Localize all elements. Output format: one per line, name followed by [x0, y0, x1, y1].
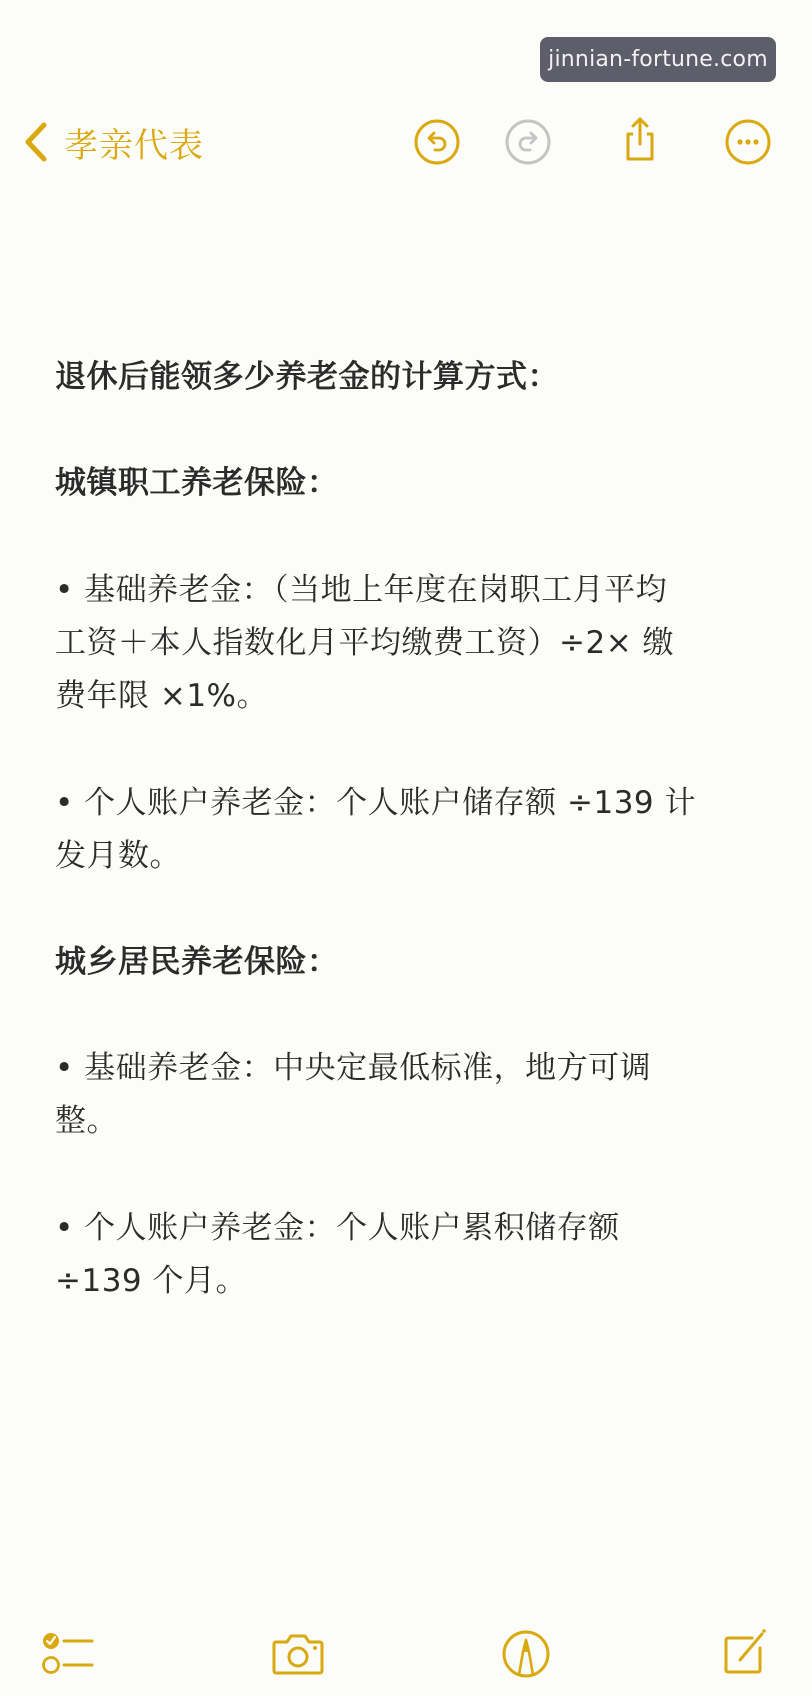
more-icon: [722, 116, 774, 168]
camera-button[interactable]: [271, 1628, 327, 1680]
back-button[interactable]: 孝亲代表: [20, 118, 204, 166]
redo-icon: [502, 116, 554, 168]
more-button[interactable]: [722, 116, 774, 168]
back-label: 孝亲代表: [64, 118, 204, 167]
share-icon: [614, 114, 666, 166]
checklist-icon: [40, 1628, 96, 1680]
camera-icon: [271, 1628, 327, 1680]
compose-button[interactable]: [718, 1626, 774, 1678]
section-heading: 城乡居民养老保险：: [55, 936, 339, 989]
list-item-line: 整。: [55, 1095, 118, 1148]
list-item-line: • 基础养老金：中央定最低标准，地方可调: [55, 1042, 651, 1095]
list-item-line: ÷139 个月。: [55, 1255, 247, 1308]
list-item-line: 发月数。: [55, 830, 181, 883]
list-item-line: • 个人账户养老金：个人账户储存额 ÷139 计: [55, 777, 696, 830]
checklist-button[interactable]: [40, 1628, 96, 1680]
undo-button[interactable]: [411, 116, 463, 168]
markup-icon: [498, 1628, 554, 1680]
note-title: 退休后能领多少养老金的计算方式：: [55, 351, 559, 404]
redo-button[interactable]: [502, 116, 554, 168]
share-button[interactable]: [614, 114, 666, 166]
compose-icon: [718, 1626, 774, 1678]
list-item-line: 费年限 ×1%。: [55, 670, 268, 723]
list-item-line: • 基础养老金：（当地上年度在岗职工月平均: [55, 564, 667, 617]
undo-icon: [411, 116, 463, 168]
watermark: jinnian-fortune.com: [540, 37, 776, 82]
chevron-left-icon: [20, 119, 50, 165]
list-item-line: 工资＋本人指数化月平均缴费工资）÷2× 缴: [55, 617, 674, 670]
markup-button[interactable]: [498, 1628, 554, 1680]
section-heading: 城镇职工养老保险：: [55, 457, 339, 510]
list-item-line: • 个人账户养老金：个人账户累积储存额: [55, 1202, 620, 1255]
